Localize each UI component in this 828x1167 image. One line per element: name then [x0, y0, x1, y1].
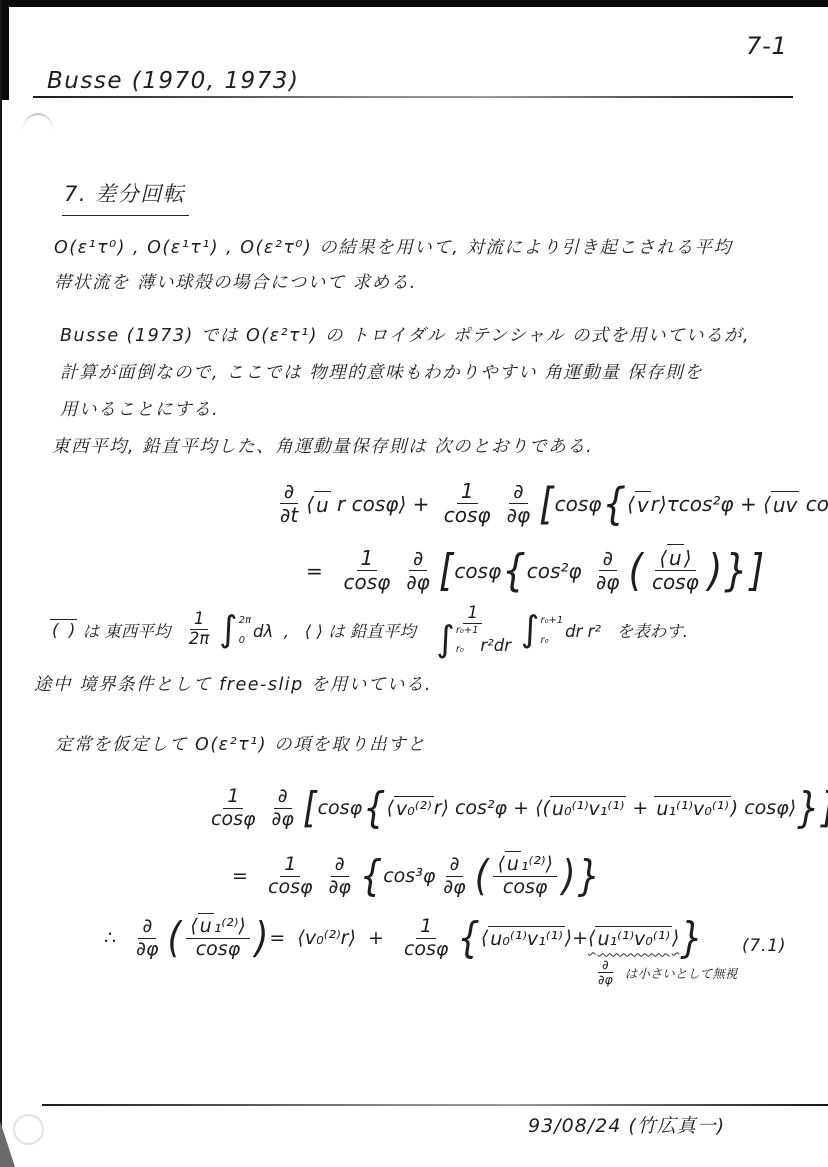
math-token: {: [502, 549, 526, 593]
math-token: ∂∂t: [276, 480, 302, 527]
math-token: ]: [822, 788, 828, 829]
math-token: r₀: [541, 635, 564, 646]
math-token: {: [360, 856, 382, 897]
punch-hole: [13, 1114, 44, 1145]
math-token: ∂: [138, 916, 156, 939]
math-token: ∂∂φ: [132, 916, 162, 961]
math-token: ∂: [409, 547, 427, 571]
math-token: ⟨u₁⁽²⁾⟩cosφ: [493, 854, 556, 899]
math-token: cosφ⟩: [799, 492, 828, 516]
math-token: {: [457, 918, 479, 959]
scan-border-top: [0, 0, 828, 7]
scan-edge-line: [0, 0, 2, 1167]
math-token: u₀⁽¹⁾v₁⁽¹⁾: [488, 926, 564, 950]
math-token: {: [363, 788, 385, 829]
math-token: [: [539, 482, 553, 526]
math-token: (: [475, 856, 489, 897]
math-token: ∂φ: [268, 809, 298, 831]
math-token: ⟩: [672, 927, 679, 949]
math-token: cosφ: [555, 492, 602, 516]
scanned-note-page: { "colors": { "ink": "#1e1e1e", "paper":…: [0, 0, 828, 1167]
math-token: cosφ: [400, 939, 453, 961]
math-token: 1cosφ: [400, 916, 453, 961]
angular-momentum-statement: 東西平均, 鉛直平均した、角運動量保存則は 次のとおりである.: [52, 433, 593, 458]
math-token: ]: [750, 549, 764, 593]
math-token: u₁⁽¹⁾v₀⁽¹⁾: [595, 926, 671, 950]
math-token: 1cosφ: [440, 480, 495, 527]
math-token: v: [635, 491, 651, 517]
math-token: r₀: [456, 644, 479, 655]
math-token: ∂∂φ: [268, 786, 298, 831]
math-token: ⟨u₁⁽²⁾⟩cosφ: [186, 916, 249, 961]
page-number: 7-1: [746, 32, 788, 60]
math-token: +: [626, 797, 654, 819]
math-token: ∂φ: [592, 571, 624, 594]
paragraph-busse: Busse (1973) では O(ε²τ¹) の トロイダル ポテンシャル の…: [60, 318, 805, 429]
equation-1-line-2: = 1cosφ∂∂φ[cosφ{cos²φ ∂∂φ(⟨u⟩cosφ)}]: [306, 547, 765, 594]
math-token: ⟩: [684, 546, 692, 570]
math-token: cosφ: [648, 571, 703, 594]
math-token: ∂φ: [132, 939, 162, 961]
pencil-arc-mark: [22, 113, 54, 133]
math-token: 2π0: [238, 614, 251, 646]
equation-3: ∴ ∂∂φ(⟨u₁⁽²⁾⟩cosφ)= ⟨v₀⁽²⁾r⟩ + 1cosφ{⟨u₀…: [104, 916, 704, 961]
math-token: u: [198, 913, 214, 937]
equation-label: (7.1): [742, 936, 786, 956]
math-token: 1cosφ: [339, 547, 394, 594]
neglect-annotation: ∂∂φ は小さいとして無視: [590, 958, 737, 988]
math-token: cosφ: [339, 571, 394, 594]
math-token: ∫: [521, 615, 539, 645]
paragraph-busse-line-2: 計算が面倒なので, ここでは 物理的意味もわかりやすい 角運動量 保存則を: [60, 355, 805, 392]
math-token: ∂∂φ: [592, 547, 624, 594]
math-token: ⟨u⟩cosφ: [648, 547, 703, 594]
math-token: 1: [416, 916, 436, 939]
math-token: }: [797, 788, 819, 829]
math-token: 1: [463, 604, 482, 624]
math-token: u₀⁽¹⁾v₁⁽¹⁾: [550, 796, 626, 820]
equation-2-line-2: = 1cosφ∂∂φ{cos³φ∂∂φ(⟨u₁⁽²⁾⟩cosφ)}: [232, 854, 601, 899]
math-token: ∂φ: [439, 877, 469, 899]
reference-title: Busse (1970, 1973): [47, 68, 299, 94]
math-token: ): [255, 918, 269, 959]
math-token: [: [439, 549, 453, 593]
math-token: v₀⁽²⁾: [394, 796, 434, 820]
math-token: dr r² を表わす.: [565, 618, 688, 642]
math-token: {: [602, 482, 626, 526]
math-token: 0: [239, 635, 251, 646]
math-token: ∂: [280, 480, 298, 504]
math-token: r cosφ⟩ +: [331, 492, 436, 516]
math-token: u: [314, 491, 331, 517]
math-token: ) cosφ⟩: [731, 797, 796, 819]
math-token: r₀+1: [541, 615, 564, 626]
math-token: 1: [223, 786, 243, 809]
math-token: ∂φ: [503, 504, 535, 527]
math-token: ∂∂φ: [402, 547, 434, 594]
math-token: ): [708, 549, 722, 593]
math-token: ⟨u₁⁽¹⁾v₀⁽¹⁾⟩: [588, 926, 679, 950]
math-token: ∂t: [276, 504, 302, 527]
math-token: ∂φ: [325, 877, 355, 899]
math-token: }: [578, 856, 600, 897]
math-token: ∂: [598, 958, 612, 973]
math-token: r₀+1r₀: [540, 614, 564, 646]
math-token: 1: [457, 480, 478, 504]
math-token: ∂: [446, 854, 464, 877]
math-token: 1cosφ: [207, 786, 260, 831]
math-token: 12π: [185, 610, 213, 649]
math-token: r⟩τcos²φ + ⟨: [651, 492, 771, 516]
math-token: ⟨: [481, 927, 488, 949]
math-token: ⟨: [627, 492, 635, 516]
paragraph-busse-line-3: 用いることにする.: [60, 392, 805, 429]
math-token: r⟩ cos²φ + ⟨(: [434, 797, 550, 819]
math-token: ∂: [331, 854, 349, 877]
math-token: =: [306, 559, 335, 583]
math-token: ∂∂φ: [325, 854, 355, 899]
math-token: ( ): [50, 619, 77, 640]
math-token: r₀+1r₀: [455, 624, 479, 656]
math-token: は小さいとして無視: [621, 964, 737, 982]
math-token: ⟨: [659, 546, 667, 570]
math-token: r²dr: [480, 636, 511, 655]
equation-2-line-1: 1cosφ∂∂φ[cosφ{⟨v₀⁽²⁾r⟩ cos²φ + ⟨(u₀⁽¹⁾v₁…: [203, 786, 828, 831]
math-token: cosφ: [440, 504, 495, 527]
math-token: ∂∂φ: [503, 480, 535, 527]
math-token: ∂∂φ: [439, 854, 469, 899]
math-token: (: [629, 549, 643, 593]
footer-line: [42, 1104, 828, 1106]
math-token: ∫: [219, 615, 237, 645]
math-token: ⟨: [306, 492, 314, 516]
math-token: u₁⁽¹⁾v₀⁽¹⁾: [654, 796, 730, 820]
averages-definition: ( ) は 東西平均 12π∫2π0dλ , ⟨ ⟩ は 鉛直平均 1∫r₀+1…: [50, 604, 688, 656]
section-heading: 7. 差分回転: [62, 178, 189, 216]
paragraph-intro-line-1: O(ε¹τ⁰) , O(ε¹τ¹) , O(ε²τ⁰) の結果を用いて, 対流に…: [54, 231, 799, 266]
math-token: (: [168, 918, 182, 959]
math-token: 1cosφ: [264, 854, 317, 899]
math-token: 1∫r₀+1r₀r²dr: [430, 604, 515, 656]
math-token: 1: [190, 610, 209, 630]
math-token: 1: [280, 854, 300, 877]
math-token: u: [505, 851, 521, 875]
equation-1-line-1: ∂∂t⟨u r cosφ⟩ + 1cosφ∂∂φ[cosφ{⟨vr⟩τcos²φ…: [272, 480, 828, 527]
math-token: ⟨u₁⁽²⁾⟩: [493, 854, 556, 877]
math-token: cosφ: [499, 877, 552, 899]
date-signature: 93/08/24 (竹広真一): [528, 1111, 725, 1138]
math-token: ∫2π0: [219, 614, 251, 646]
math-token: }: [680, 918, 702, 959]
math-token: ⟨: [386, 797, 393, 819]
math-token: cosφ: [192, 939, 245, 961]
math-token: cos³φ: [383, 865, 435, 887]
math-token: ∂: [599, 547, 617, 571]
math-token: ): [562, 856, 576, 897]
paragraph-intro: O(ε¹τ⁰) , O(ε¹τ¹) , O(ε²τ⁰) の結果を用いて, 対流に…: [54, 231, 799, 301]
math-token: }: [724, 549, 748, 593]
math-token: ∂φ: [594, 973, 617, 987]
math-token: dλ , ⟨ ⟩ は 鉛直平均: [253, 618, 426, 642]
math-token: ∫r₀+1r₀: [436, 624, 478, 656]
math-token: ∴: [104, 927, 128, 949]
math-token: ⟨u₁⁽²⁾⟩: [186, 916, 249, 939]
math-token: ∫: [436, 625, 454, 655]
math-token: cosφ: [454, 559, 501, 583]
math-token: cosφ: [318, 797, 363, 819]
math-token: cosφ: [207, 809, 260, 831]
math-token: cosφ: [264, 877, 317, 899]
title-underline: [33, 96, 793, 98]
math-token: [: [303, 788, 317, 829]
math-token: ∂φ: [402, 571, 434, 594]
steady-state-statement: 定常を仮定して O(ε²τ¹) の項を取り出すと: [55, 731, 426, 756]
math-token: r₀+1: [456, 625, 479, 636]
math-token: ₁⁽²⁾⟩: [214, 915, 246, 937]
math-token: は 東西平均: [77, 618, 180, 642]
math-token: 2π: [239, 615, 251, 626]
math-token: ⟩+: [565, 927, 588, 949]
math-token: uv: [771, 491, 800, 517]
math-token: ∫r₀+1r₀r²dr: [430, 624, 515, 656]
math-token: ₁⁽²⁾⟩: [521, 853, 553, 875]
math-token: cos²φ: [527, 559, 588, 583]
math-token: 2π: [185, 630, 213, 649]
math-token: =: [232, 865, 260, 887]
math-token: ⟨: [588, 927, 595, 949]
math-token: u: [667, 544, 684, 570]
math-token: = ⟨v₀⁽²⁾r⟩ +: [269, 927, 396, 949]
math-token: ∂∂φ: [594, 958, 617, 988]
math-token: ∂: [274, 786, 292, 809]
math-token: ∂: [509, 480, 527, 504]
math-token: ⟨: [497, 853, 504, 875]
boundary-condition-note: 途中 境界条件として free-slip を用いている.: [34, 671, 432, 696]
paragraph-intro-line-2: 帯状流を 薄い球殻の場合について 求める.: [54, 266, 799, 301]
math-token: 1: [357, 547, 378, 571]
math-token: ∫r₀+1r₀: [521, 614, 563, 646]
math-token: ⟨: [190, 915, 197, 937]
paragraph-busse-line-1: Busse (1973) では O(ε²τ¹) の トロイダル ポテンシャル の…: [60, 318, 805, 355]
math-token: ⟨u⟩: [655, 547, 695, 571]
